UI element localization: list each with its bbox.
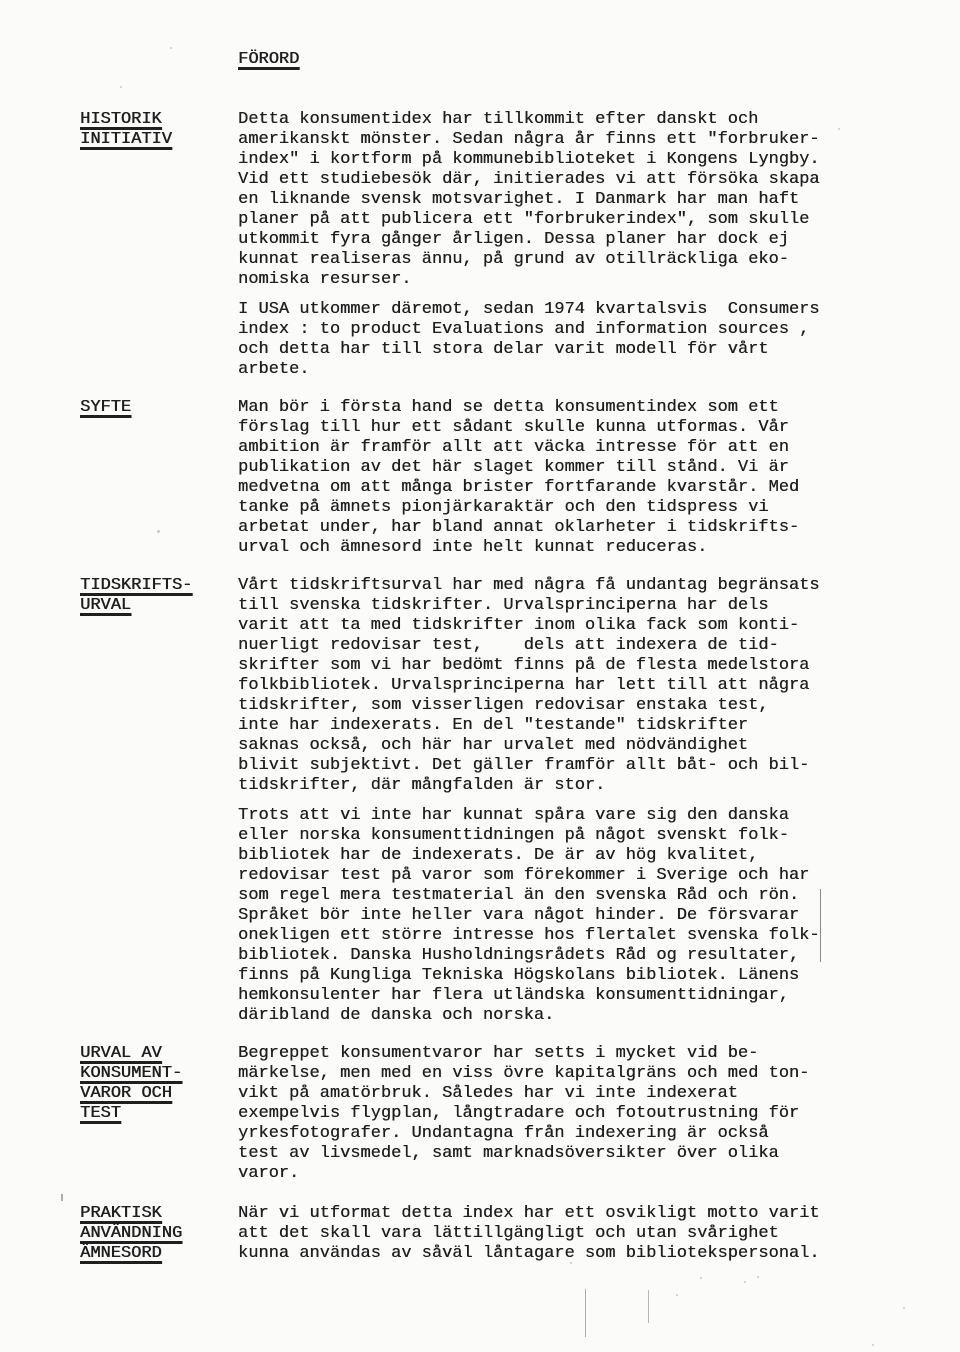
scan-artifact (570, 1262, 572, 1264)
scan-artifact (744, 1281, 746, 1283)
section-heading-column: SYFTE (80, 398, 238, 418)
scan-artifact (757, 1276, 759, 1278)
heading-line: ANVÄNDNING (80, 1224, 182, 1244)
paragraph: När vi utformat detta index har ett osvi… (238, 1204, 960, 1264)
heading-line: VAROR OCH (80, 1084, 172, 1104)
scan-artifact (61, 1194, 63, 1201)
section-praktisk-anvandning: PRAKTISK ANVÄNDNING ÄMNESORD När vi utfo… (80, 1204, 960, 1264)
scan-artifact (838, 128, 840, 130)
heading-line: KONSUMENT- (80, 1064, 182, 1084)
scan-artifact (820, 889, 821, 962)
section-body: Vårt tidskriftsurval har med några få un… (238, 576, 960, 1026)
heading-line: INITIATIV (80, 130, 172, 150)
scan-artifact (157, 530, 160, 533)
section-heading-column: TIDSKRIFTS- URVAL (80, 576, 238, 616)
paragraph: I USA utkommer däremot, sedan 1974 kvart… (238, 300, 960, 380)
heading-line: HISTORIK (80, 110, 162, 130)
heading-line: ÄMNESORD (80, 1244, 162, 1264)
paragraph: Trots att vi inte har kunnat spåra vare … (238, 806, 960, 1026)
scan-artifact (648, 1290, 649, 1323)
scan-artifact (170, 47, 172, 49)
heading-line: URVAL AV (80, 1044, 162, 1064)
heading-line: TIDSKRIFTS- (80, 576, 192, 596)
scan-artifact (903, 1307, 905, 1309)
scanned-document-page: FÖRORD HISTORIK INITIATIV Detta konsumen… (0, 0, 960, 1352)
section-tidskriftsurval: TIDSKRIFTS- URVAL Vårt tidskriftsurval h… (80, 576, 960, 1026)
heading-line: SYFTE (80, 398, 131, 418)
heading-line: PRAKTISK (80, 1204, 162, 1224)
scan-artifact (676, 1294, 678, 1296)
scan-artifact (120, 86, 122, 88)
section-syfte: SYFTE Man bör i första hand se detta kon… (80, 398, 960, 558)
scan-artifact (700, 1277, 702, 1279)
scan-artifact (872, 1344, 874, 1346)
section-body: Detta konsumentidex har tillkommit efter… (238, 110, 960, 380)
heading-line: TEST (80, 1104, 121, 1124)
scan-artifact (585, 1289, 586, 1337)
section-body: När vi utformat detta index har ett osvi… (238, 1204, 960, 1264)
paragraph: Begreppet konsumentvaror har setts i myc… (238, 1044, 960, 1184)
section-body: Begreppet konsumentvaror har setts i myc… (238, 1044, 960, 1184)
heading-line: URVAL (80, 596, 131, 616)
page-title: FÖRORD (238, 50, 299, 70)
paragraph: Vårt tidskriftsurval har med några få un… (238, 576, 960, 796)
section-heading-column: URVAL AV KONSUMENT- VAROR OCH TEST (80, 1044, 238, 1124)
section-heading-column: HISTORIK INITIATIV (80, 110, 238, 150)
paragraph: Detta konsumentidex har tillkommit efter… (238, 110, 960, 290)
section-heading-column: PRAKTISK ANVÄNDNING ÄMNESORD (80, 1204, 238, 1264)
section-urval-av-konsumentvaror: URVAL AV KONSUMENT- VAROR OCH TEST Begre… (80, 1044, 960, 1184)
paragraph: Man bör i första hand se detta konsument… (238, 398, 960, 558)
section-historik-initiativ: HISTORIK INITIATIV Detta konsumentidex h… (80, 110, 960, 380)
section-body: Man bör i första hand se detta konsument… (238, 398, 960, 558)
